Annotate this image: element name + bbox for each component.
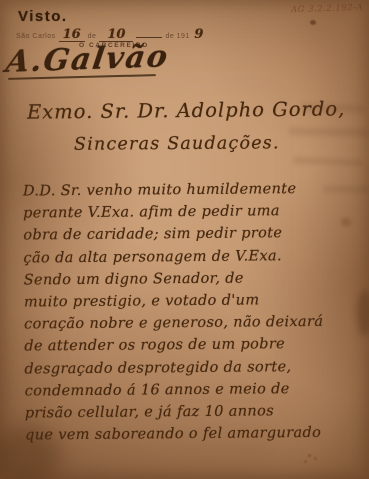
- greeting-line: Sinceras Saudações.: [74, 133, 280, 154]
- salutation-line: Exmo. Sr. Dr. Adolpho Gordo,: [27, 97, 345, 123]
- body-line: D.D. Sr. venho muito humildemente: [23, 178, 360, 203]
- body-line: de attender os rogos de um pobre: [24, 333, 361, 358]
- body-line: coração nobre e generoso, não deixará: [24, 311, 361, 336]
- body-line: perante V.Exa. afim de pedir uma: [23, 200, 360, 225]
- body-line: obra de caridade; sim pedir prote: [23, 222, 360, 247]
- body-line: desgraçado desprotegido da sorte,: [24, 355, 361, 380]
- body-line: Sendo um digno Senador, de: [24, 266, 361, 291]
- scanned-letter-page: AG 3.2.2.192-A Visto. São Carlos 16 de 1…: [0, 0, 369, 479]
- place-printed-label: São Carlos: [16, 33, 56, 40]
- date-day-handwritten: 16: [59, 29, 85, 42]
- letter-body: D.D. Sr. venho muito humildemente perant…: [23, 178, 362, 447]
- ink-showthrough: [293, 157, 363, 166]
- body-line: que vem saboreando o fel amargurado: [25, 422, 362, 447]
- ink-stain: [310, 20, 316, 25]
- visto-stamp: Visto.: [18, 8, 68, 25]
- body-line: condemnado á 16 annos e meio de: [25, 377, 362, 402]
- archive-reference-note: AG 3.2.2.192-A: [291, 3, 364, 16]
- body-line: prisão cellular, e já faz 10 annos: [25, 400, 362, 425]
- date-year-digit-handwritten: 9: [193, 29, 205, 41]
- de-printed-label: de: [88, 33, 97, 40]
- blank-underline: [136, 26, 162, 38]
- ink-showthrough: [289, 127, 369, 136]
- paper-freckles: [308, 454, 311, 457]
- date-line: São Carlos 16 de 10 de 191 9: [16, 26, 205, 42]
- body-line: ção da alta personagem de V.Exa.: [23, 244, 360, 269]
- body-line: muito prestigio, e votado d'um: [24, 289, 361, 314]
